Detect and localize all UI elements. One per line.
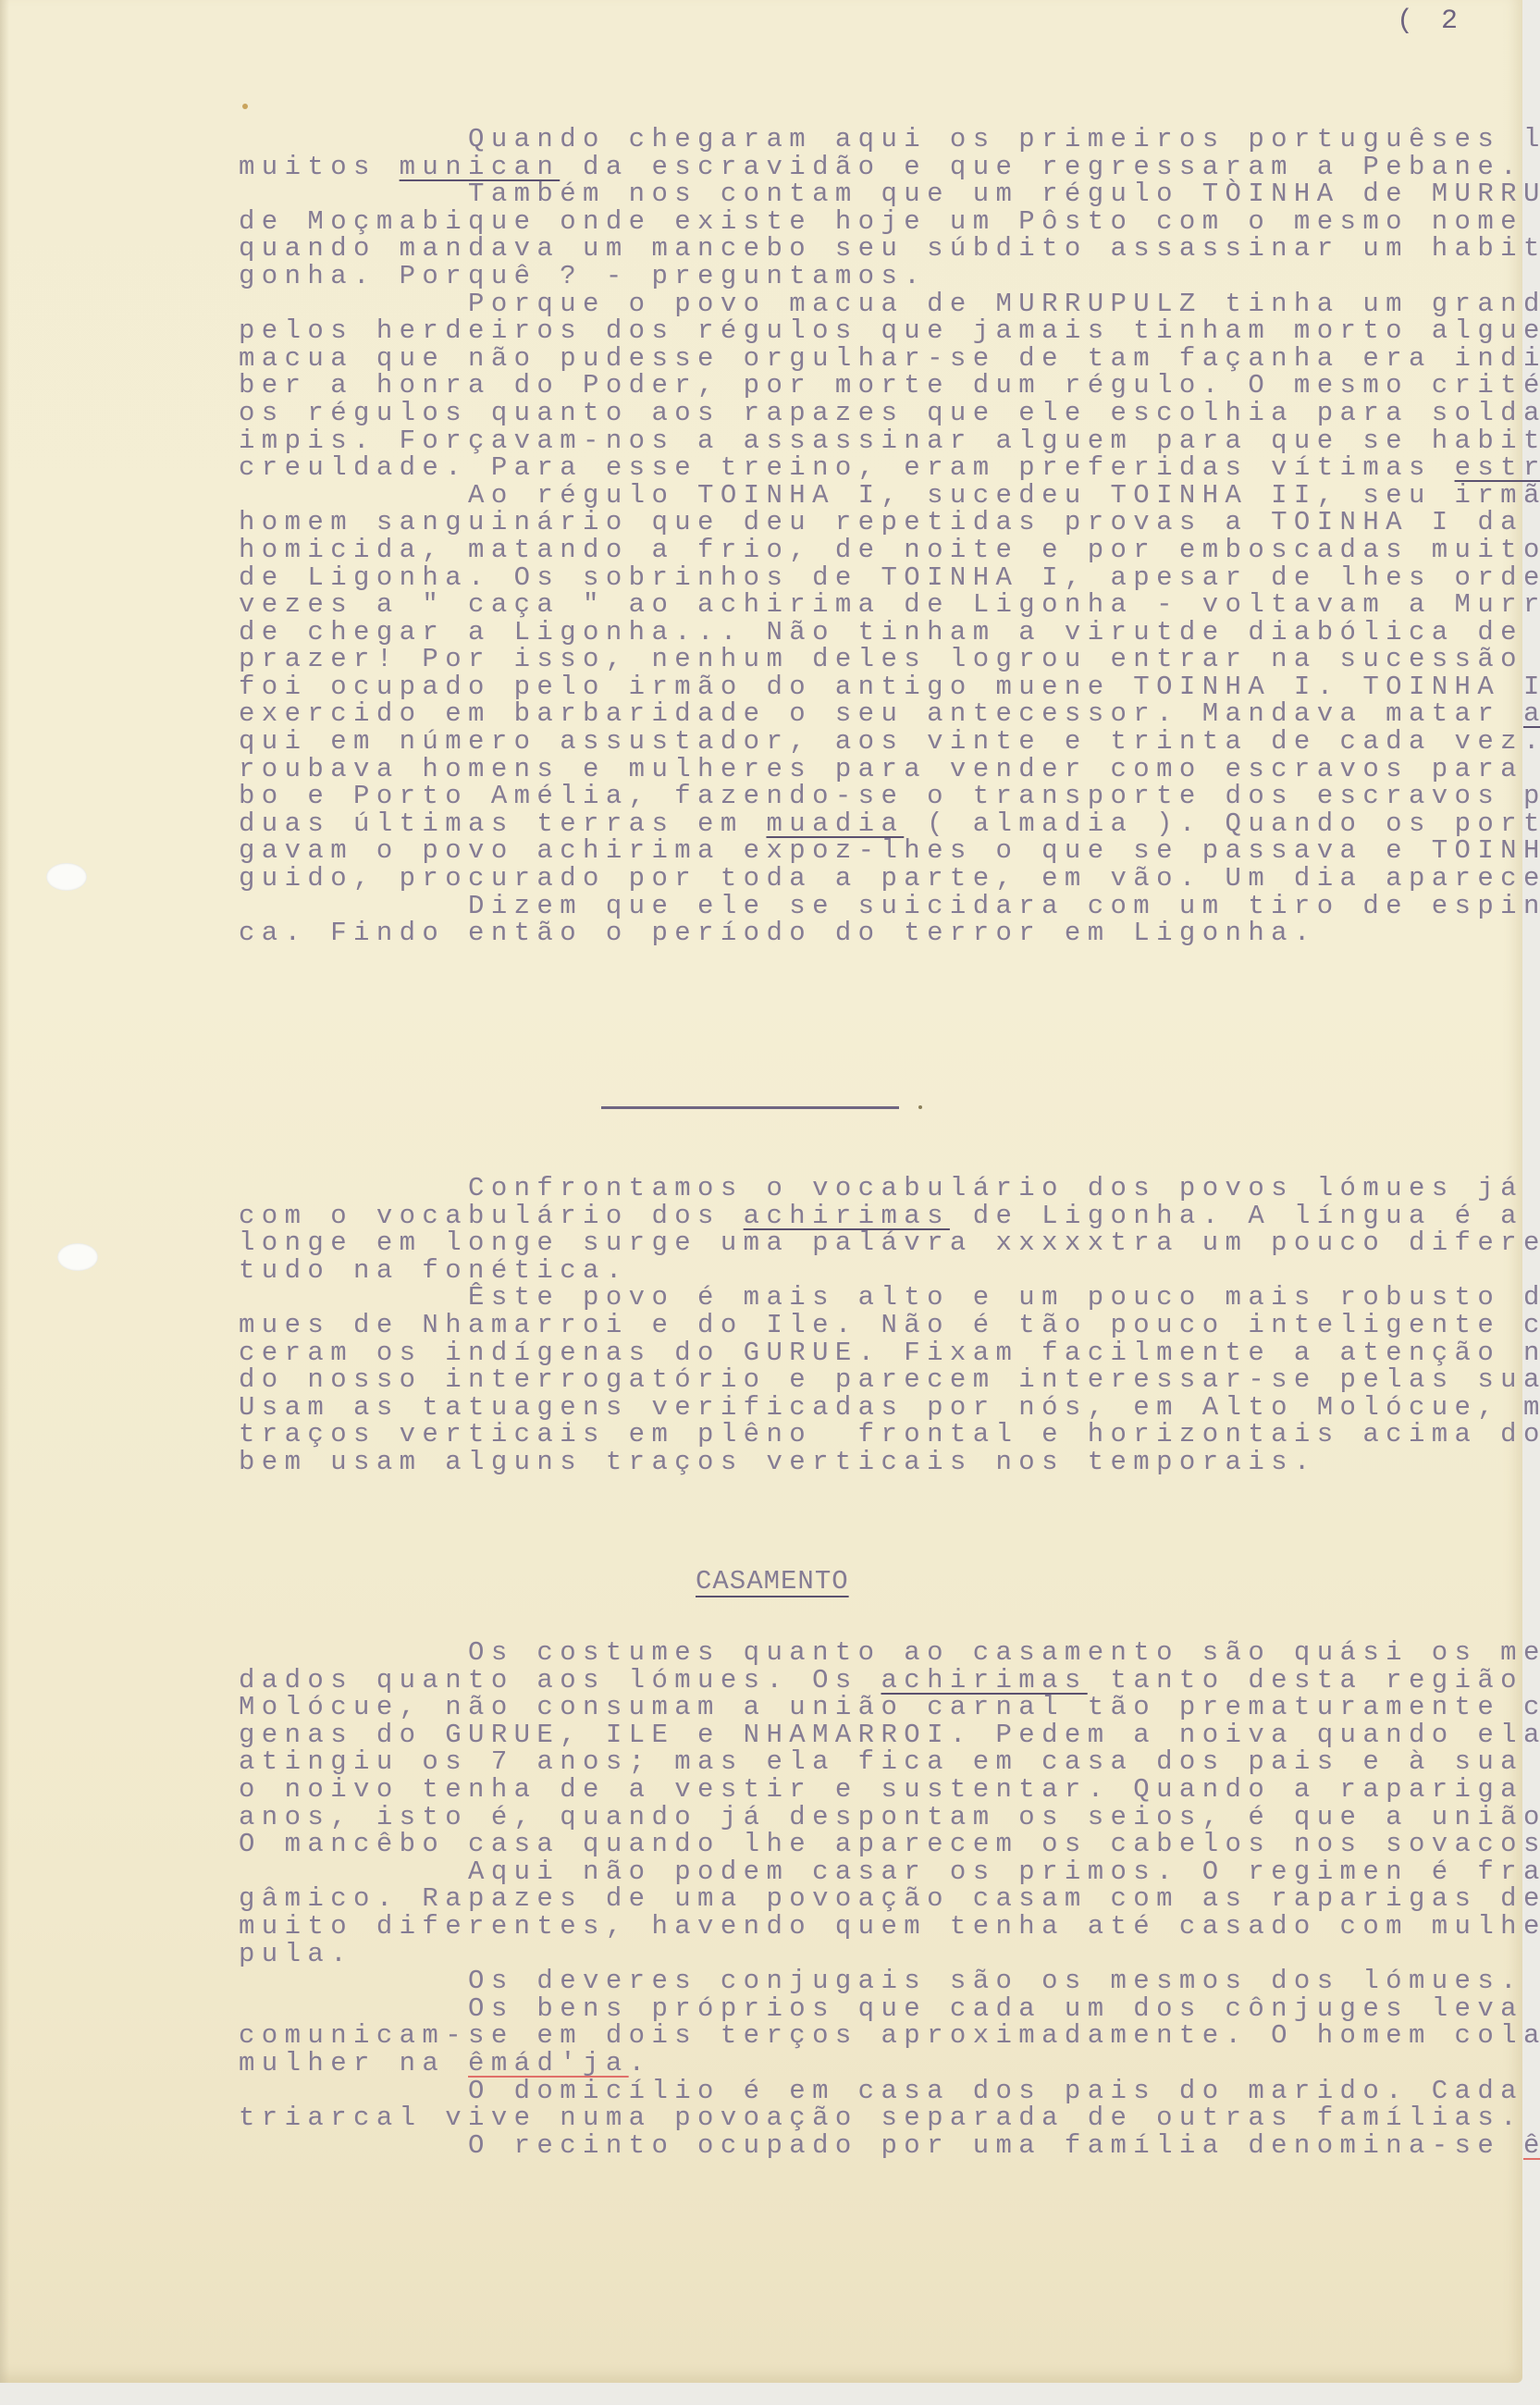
text-line: Dizem que ele se suicidara com um tiro d… [239, 893, 1534, 920]
text-line: gonha. Porquê ? - preguntamos. [239, 263, 1534, 290]
text-line: atingiu os 7 anos; mas ela fica em casa … [239, 1748, 1534, 1776]
text-line: duas últimas terras em muadia ( almadia … [239, 810, 1534, 838]
text-line: genas do GURUE, ILE e NHAMARROI. Pedem a… [239, 1721, 1534, 1749]
divider-dot [918, 1105, 922, 1109]
text-line: muito diferentes, havendo quem tenha até… [239, 1913, 1534, 1941]
text-line: macua que não pudesse orgulhar-se de tam… [239, 345, 1534, 373]
section-casamento: Os costumes quanto ao casamento são quás… [239, 1639, 1534, 2159]
text-line: roubava homens e mulheres para vender co… [239, 756, 1534, 783]
text-line: longe em longe surge uma palávra xxxxxtr… [239, 1229, 1534, 1257]
text-line: ber a honra do Poder, por morte dum régu… [239, 372, 1534, 400]
punch-hole-top [46, 863, 87, 891]
text-line: tudo na fonética. [239, 1257, 1534, 1285]
text-line: guido, procurado por toda a parte, em vã… [239, 865, 1534, 893]
text-line: ceram os indígenas do GURUE. Fixam facil… [239, 1339, 1534, 1367]
text-line: Molócue, não consumam a união carnal tão… [239, 1694, 1534, 1721]
text-line: do nosso interrogatório e parecem intere… [239, 1366, 1534, 1394]
text-line: com o vocabulário dos achirimas de Ligon… [239, 1202, 1534, 1230]
text-line: gavam o povo achirima expoz-lhes o que s… [239, 837, 1534, 865]
underlined-term: estrangeiras [1455, 452, 1540, 483]
text-line: qui em número assustador, aos vinte e tr… [239, 728, 1534, 756]
heading-casamento: CASAMENTO [696, 1566, 849, 1597]
text-line: homem sanguinário que deu repetidas prov… [239, 509, 1534, 536]
section-divider [601, 1106, 899, 1109]
text-line: Também nos contam que um régulo TÒINHA d… [239, 180, 1534, 208]
text-line: bo e Porto Amélia, fazendo-se o transpor… [239, 783, 1534, 810]
text-line: impis. Forçavam-nos a assassinar alguem … [239, 427, 1534, 455]
text-line: homicida, matando a frio, de noite e por… [239, 536, 1534, 564]
text-line: muitos munican da escravidão e que regre… [239, 154, 1534, 181]
underlined-term: muadia [766, 808, 904, 839]
underlined-term: êlápo [1523, 2130, 1540, 2161]
underlined-term: êmád'ja [468, 2048, 629, 2078]
text-line: comunicam-se em dois terços aproximadame… [239, 2022, 1534, 2050]
text-line: Porque o povo macua de MURRUPULZ tinha u… [239, 290, 1534, 318]
underlined-term: munican [400, 152, 561, 182]
text-line: pelos herdeiros dos régulos que jamais t… [239, 317, 1534, 345]
text-line: dados quanto aos lómues. Os achirimas ta… [239, 1667, 1534, 1695]
text-line: foi ocupado pelo irmão do antigo muene T… [239, 673, 1534, 701]
underlined-term: achirimas [744, 1201, 950, 1231]
text-line: exercido em barbaridade o seu antecessor… [239, 700, 1534, 728]
text-line: anos, isto é, quando já despontam os sei… [239, 1804, 1534, 1831]
text-line: Os costumes quanto ao casamento são quás… [239, 1639, 1534, 1667]
text-line: Quando chegaram aqui os primeiros portug… [239, 126, 1534, 154]
underlined-term: achirimas [1523, 698, 1540, 729]
underlined-term: achirimas [881, 1665, 1087, 1696]
text-line: O domicílio é em casa dos pais do marido… [239, 2078, 1534, 2105]
section-ligonha-history: Quando chegaram aqui os primeiros portug… [239, 126, 1534, 947]
text-line: traços verticais em plêno frontal e hori… [239, 1421, 1534, 1449]
text-line: O recinto ocupado por uma família denomi… [239, 2132, 1534, 2160]
text-line: de Ligonha. Os sobrinhos de TOINHA I, ap… [239, 564, 1534, 592]
text-line: bem usam alguns traços verticais nos tem… [239, 1449, 1534, 1476]
text-line: vezes a " caça " ao achirima de Ligonha … [239, 591, 1534, 619]
text-line: o noivo tenha de a vestir e sustentar. Q… [239, 1776, 1534, 1804]
text-line: de chegar a Ligonha... Não tinham a viru… [239, 619, 1534, 647]
punch-hole-bottom [57, 1243, 98, 1271]
text-line: Os deveres conjugais são os mesmos dos l… [239, 1967, 1534, 1995]
text-line: creuldade. Para esse treino, eram prefer… [239, 454, 1534, 482]
text-line: Usam as tatuagens verificadas por nós, e… [239, 1394, 1534, 1422]
text-line: triarcal vive numa povoação separada de … [239, 2104, 1534, 2132]
text-line: mues de Nhamarroi e do Ile. Não é tão po… [239, 1312, 1534, 1339]
text-line: Aqui não podem casar os primos. O regime… [239, 1858, 1534, 1886]
ink-speck [242, 104, 248, 109]
text-line: ca. Findo então o período do terror em L… [239, 919, 1534, 947]
text-line: os régulos quanto aos rapazes que ele es… [239, 400, 1534, 427]
text-line: gâmico. Rapazes de uma povoação casam co… [239, 1885, 1534, 1913]
text-line: Os bens próprios que cada um dos cônjuge… [239, 1995, 1534, 2023]
page-number: ( 2 [1397, 6, 1463, 37]
section-vocabulary: Confrontamos o vocabulário dos povos lóm… [239, 1175, 1534, 1476]
text-line: prazer! Por isso, nenhum deles logrou en… [239, 646, 1534, 673]
text-line: Confrontamos o vocabulário dos povos lóm… [239, 1175, 1534, 1202]
text-line: pula. [239, 1941, 1534, 1968]
text-line: Ao régulo TOINHA I, sucedeu TOINHA II, s… [239, 482, 1534, 510]
text-line: O mancêbo casa quando lhe aparecem os ca… [239, 1831, 1534, 1858]
text-line: de Moçmabique onde existe hoje um Pôsto … [239, 208, 1534, 236]
text-line: mulher na êmád'ja. [239, 2050, 1534, 2078]
text-line: Êste povo é mais alto e um pouco mais ro… [239, 1284, 1534, 1312]
document-page: ( 2 Quando chegaram aqui os primeiros po… [0, 0, 1522, 2383]
text-line: quando mandava um mancebo seu súbdito as… [239, 235, 1534, 263]
